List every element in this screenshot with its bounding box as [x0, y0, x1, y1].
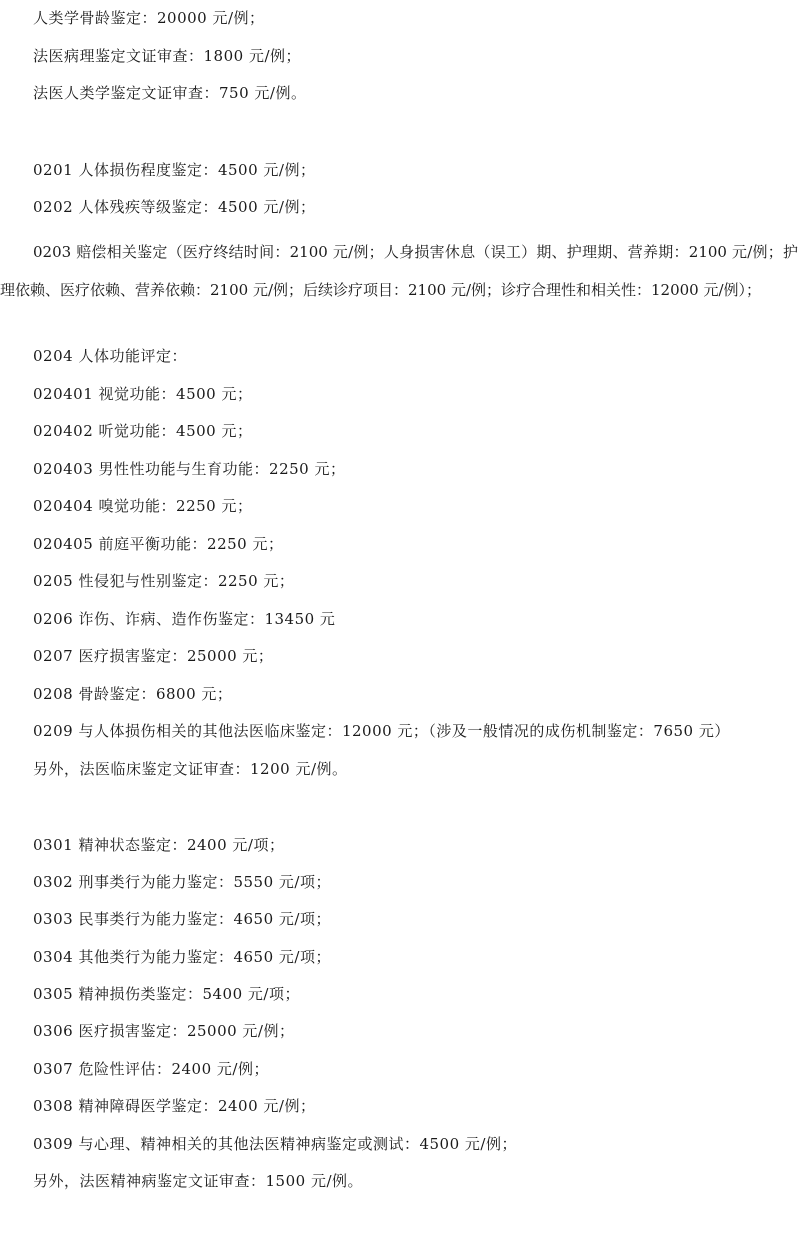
fee-item-0303: 0303 民事类行为能力鉴定：4650 元/项； [33, 909, 331, 929]
fee-item-020403: 020403 男性性功能与生育功能：2250 元； [33, 459, 345, 479]
fee-line-anthropology-review: 法医人类学鉴定文证审查：750 元/例。 [33, 83, 306, 103]
fee-item-0307: 0307 危险性评估：2400 元/例； [33, 1059, 269, 1079]
fee-note-clinical-review: 另外，法医临床鉴定文证审查：1200 元/例。 [33, 759, 348, 779]
fee-item-020404: 020404 嗅觉功能：2250 元； [33, 496, 252, 516]
fee-item-0309: 0309 与心理、精神相关的其他法医精神病鉴定或测试：4500 元/例； [33, 1134, 517, 1154]
fee-note-psychiatry-review: 另外，法医精神病鉴定文证审查：1500 元/例。 [33, 1171, 363, 1191]
fee-line-anthropology-bone-age: 人类学骨龄鉴定：20000 元/例； [33, 8, 265, 28]
fee-item-020401: 020401 视觉功能：4500 元； [33, 384, 252, 404]
fee-item-0209: 0209 与人体损伤相关的其他法医临床鉴定：12000 元；（涉及一般情况的成伤… [33, 721, 730, 741]
fee-item-0204: 0204 人体功能评定： [33, 346, 187, 366]
fee-item-020405: 020405 前庭平衡功能：2250 元； [33, 534, 283, 554]
fee-item-0206: 0206 诈伤、诈病、造作伤鉴定：13450 元 [33, 609, 335, 629]
fee-item-0208: 0208 骨龄鉴定：6800 元； [33, 684, 232, 704]
fee-item-0205: 0205 性侵犯与性别鉴定：2250 元； [33, 571, 294, 591]
fee-item-0207: 0207 医疗损害鉴定：25000 元； [33, 646, 273, 666]
fee-item-020402: 020402 听觉功能：4500 元； [33, 421, 252, 441]
fee-item-0302: 0302 刑事类行为能力鉴定：5550 元/项； [33, 872, 331, 892]
fee-item-0201: 0201 人体损伤程度鉴定：4500 元/例； [33, 160, 315, 180]
fee-item-0203-text: 0203 赔偿相关鉴定（医疗终结时间：2100 元/例；人身损害休息（误工）期、… [0, 243, 798, 299]
fee-item-0308: 0308 精神障碍医学鉴定：2400 元/例； [33, 1096, 315, 1116]
fee-item-0202: 0202 人体残疾等级鉴定：4500 元/例； [33, 197, 315, 217]
fee-item-0203: 0203 赔偿相关鉴定（医疗终结时间：2100 元/例；人身损害休息（误工）期、… [0, 234, 798, 309]
fee-item-0306: 0306 医疗损害鉴定：25000 元/例； [33, 1021, 294, 1041]
fee-item-0301: 0301 精神状态鉴定：2400 元/项； [33, 835, 284, 855]
fee-item-0305: 0305 精神损伤类鉴定：5400 元/项； [33, 984, 300, 1004]
fee-line-pathology-review: 法医病理鉴定文证审查：1800 元/例； [33, 46, 301, 66]
fee-item-0304: 0304 其他类行为能力鉴定：4650 元/项； [33, 947, 331, 967]
